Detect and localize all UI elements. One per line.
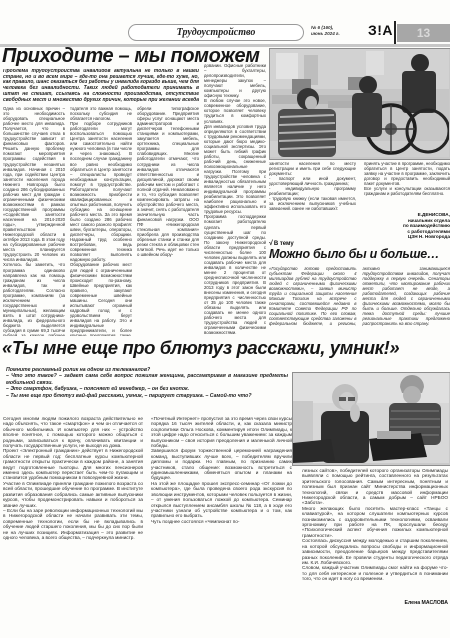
photo-seniors-laptops (292, 372, 450, 466)
issue-month: июнь 2024 г. (311, 31, 371, 37)
newspaper-page: Трудоустройство № 6 (160), июнь 2024 г. … (0, 0, 450, 638)
section-pill: Трудоустройство (128, 24, 304, 41)
section-title: Трудоустройство (177, 27, 256, 38)
photo2-illustration (293, 373, 449, 463)
rubric-check-icon: √ (269, 240, 273, 247)
article2-column-1: Сегодня многим людям пожилого возраста д… (3, 416, 143, 612)
page-number-box: 13 (397, 24, 450, 42)
article2-lead: Помните рекламный ролик на одном из теле… (6, 367, 288, 413)
header-divider (394, 21, 396, 46)
article1-column-2: тодателя это важная помощь, поскольку су… (70, 106, 132, 336)
article1-byline: Е.ДЕНИСОВА, начальник отдела по взаимоде… (320, 212, 450, 240)
article1-documents-column: занятости населения по месту регистрации… (269, 161, 356, 210)
sidebar-title: Можно было бы и больше… (269, 247, 439, 261)
newspaper-logo: З!А (368, 22, 393, 38)
article2-title: «Ты мне еще про блютуз расскажи, умник!» (2, 337, 399, 359)
sidebar-rubric: √В тему (269, 240, 294, 247)
article1-lead: Проблема трудоустройства инвалидов актуа… (3, 69, 199, 103)
article2-column-3: лезных сайтов», победителей которого орг… (302, 468, 448, 598)
article2-byline: Елена МАСЛОВА (330, 600, 448, 606)
article1-employers-column: принять участие в программе, необходимо … (364, 161, 450, 210)
article2-column-2: «Почетный Интернет» пропустил за это вре… (151, 416, 292, 612)
article1-column-1: Одна из основных причин – это необходимо… (3, 106, 65, 336)
article1-column-3: обрели типографское оборудование. Предпр… (137, 106, 199, 336)
article1-column-4: довании. Офисные работники – бухгалтеры,… (204, 63, 266, 336)
sidebar-body: «Государство готово предоставить субъект… (269, 266, 450, 334)
photo1-illustration (270, 49, 449, 157)
photo-wheelchair-computer-class (269, 48, 450, 160)
page-number: 13 (417, 26, 430, 40)
issue-date: № 6 (160), июнь 2024 г. (311, 25, 371, 36)
